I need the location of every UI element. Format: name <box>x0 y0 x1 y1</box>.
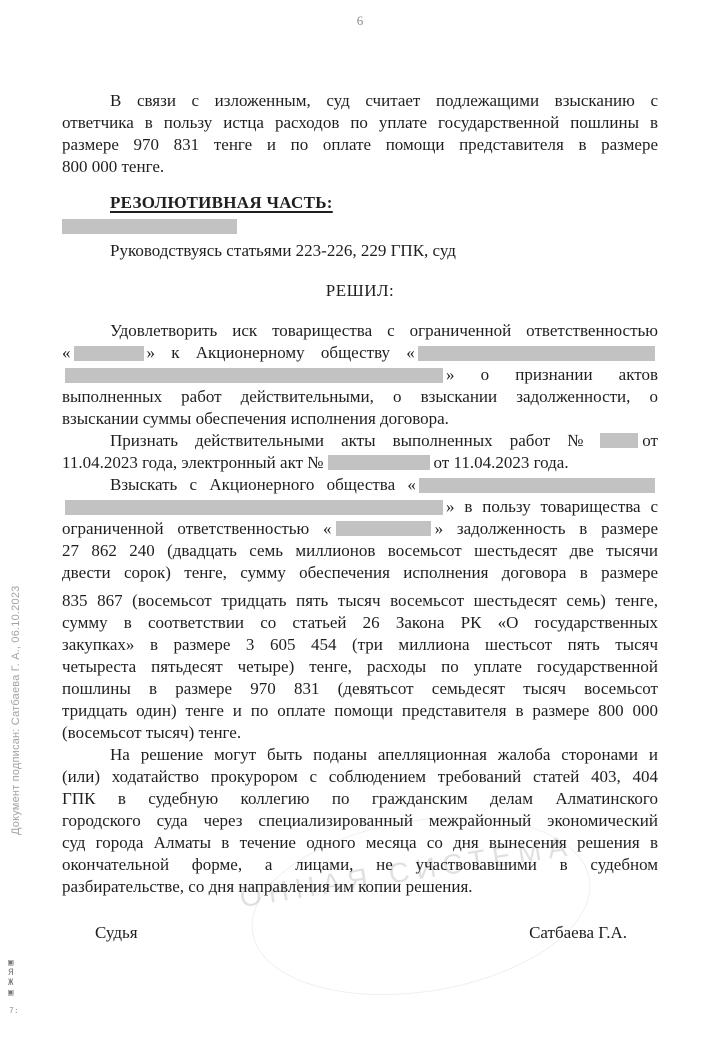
text-line: тридцать один) тенге и по оплате помощи … <box>62 700 658 722</box>
text-segment: Признать действительными акты выполненны… <box>110 431 596 450</box>
heading-reshil: РЕШИЛ: <box>62 280 658 302</box>
text-line: окончательной форме, а лицами, не участв… <box>62 854 658 876</box>
document-body: В связи с изложенным, суд считает подлеж… <box>62 90 658 944</box>
text-segment: 11.04.2023 года, электронный акт № <box>62 453 324 472</box>
corner-barcode-sub: 7: <box>9 1006 19 1015</box>
text-line: суд города Алматы в течение одного месяц… <box>62 832 658 854</box>
text-segment: от <box>642 431 658 450</box>
text-segment: Руководствуясь статьями 223-226, 229 ГПК… <box>110 241 456 260</box>
signature-name: Сатбаева Г.А. <box>529 922 627 944</box>
text-segment: четыреста пятьдесят четыре) тенге, расхо… <box>62 657 658 676</box>
redaction-bar <box>65 368 443 383</box>
page-number: 6 <box>0 13 720 29</box>
text-segment: 27 862 240 (двадцать семь миллионов восе… <box>62 541 658 560</box>
text-segment: разбирательстве, со дня направления им к… <box>62 877 473 896</box>
spacer <box>62 178 658 192</box>
text-segment: Взыскать с Акционерного общества « <box>110 474 416 496</box>
text-line: » в пользу товарищества с <box>62 496 658 518</box>
section-heading-resolutive: РЕЗОЛЮТИВНАЯ ЧАСТЬ: <box>62 192 658 214</box>
text-line: размере 970 831 тенге и по оплате помощи… <box>62 134 658 156</box>
text-segment: » к Акционерному обществу « <box>147 342 415 364</box>
text-segment: 800 000 тенге. <box>62 157 164 176</box>
text-segment: выполненных работ действительными, о взы… <box>62 387 658 406</box>
document-page: 6 ОННАЯ СИСТЕМА В связи с изложенным, су… <box>0 0 720 1040</box>
text-line: ограниченной ответственностью «» задолже… <box>62 518 658 540</box>
text-line: (восемьсот тысяч) тенге. <box>62 722 658 744</box>
text-segment: » в пользу товарищества с <box>446 496 658 518</box>
text-segment: ограниченной ответственностью « <box>62 519 332 538</box>
redaction-bar <box>418 346 655 361</box>
text-line: ГПК в судебную коллегию по гражданским д… <box>62 788 658 810</box>
redaction-bar <box>65 500 443 515</box>
spacer <box>62 302 658 320</box>
text-line: пошлины в размере 970 831 (девятьсот сем… <box>62 678 658 700</box>
text-line: «» к Акционерному обществу « <box>62 342 658 364</box>
text-segment: сумму в соответствии со статьей 26 Закон… <box>62 613 658 632</box>
text-segment: ГПК в судебную коллегию по гражданским д… <box>62 789 658 808</box>
text-line: двести сорок) тенге, сумму обеспечения и… <box>62 562 658 584</box>
text-segment: пошлины в размере 970 831 (девятьсот сем… <box>62 679 658 698</box>
digital-signature-note: Документ подписан: Сатбаева Г. А., 06.10… <box>10 586 22 835</box>
text-segment: (восемьсот тысяч) тенге. <box>62 723 241 742</box>
text-segment: тридцать один) тенге и по оплате помощи … <box>62 701 658 720</box>
text-segment: « <box>62 342 71 364</box>
text-line: ответчика в пользу истца расходов по упл… <box>62 112 658 134</box>
text-segment: » о признании актов <box>446 364 658 386</box>
text-line: 800 000 тенге. <box>62 156 658 178</box>
text-line: 11.04.2023 года, электронный акт №от 11.… <box>62 452 658 474</box>
text-line: Взыскать с Акционерного общества « <box>62 474 658 496</box>
text-segment: РЕШИЛ: <box>326 281 395 300</box>
text-line: В связи с изложенным, суд считает подлеж… <box>62 90 658 112</box>
text-segment: окончательной форме, а лицами, не участв… <box>62 855 658 874</box>
text-segment: РЕЗОЛЮТИВНАЯ ЧАСТЬ: <box>110 193 333 212</box>
corner-barcode: ▣ Я Ж ▣ <box>8 958 13 998</box>
text-segment: городского суда через специализированный… <box>62 811 658 830</box>
text-line: 835 867 (восемьсот тридцать пять тысяч в… <box>62 590 658 612</box>
text-line: взыскании суммы обеспечения исполнения д… <box>62 408 658 430</box>
redaction-bar <box>336 521 431 536</box>
text-line: четыреста пятьдесят четыре) тенге, расхо… <box>62 656 658 678</box>
signature-row: Судья Сатбаева Г.А. <box>62 922 658 944</box>
text-segment: размере 970 831 тенге и по оплате помощи… <box>62 135 658 154</box>
text-segment: 835 867 (восемьсот тридцать пять тысяч в… <box>62 591 658 610</box>
redaction-block <box>62 219 658 235</box>
redaction-bar <box>74 346 144 361</box>
spacer <box>62 262 658 280</box>
text-line: Руководствуясь статьями 223-226, 229 ГПК… <box>62 240 658 262</box>
text-segment: (или) ходатайство прокурором с соблюдени… <box>62 767 658 786</box>
redaction-bar <box>62 219 237 234</box>
spacer <box>62 898 658 922</box>
text-line: разбирательстве, со дня направления им к… <box>62 876 658 898</box>
text-line: На решение могут быть поданы апелляционн… <box>62 744 658 766</box>
text-segment: закупках» в размере 3 605 454 (три милли… <box>62 635 658 654</box>
text-segment: На решение могут быть поданы апелляционн… <box>110 745 658 764</box>
text-line: Удовлетворить иск товарищества с огранич… <box>62 320 658 342</box>
text-segment: от 11.04.2023 года. <box>434 453 569 472</box>
redaction-bar <box>328 455 430 470</box>
text-segment: Удовлетворить иск товарищества с огранич… <box>110 321 658 340</box>
text-line: » о признании актов <box>62 364 658 386</box>
text-line: сумму в соответствии со статьей 26 Закон… <box>62 612 658 634</box>
text-line: городского суда через специализированный… <box>62 810 658 832</box>
text-segment: » задолженность в размере <box>435 519 658 538</box>
text-segment: В связи с изложенным, суд считает подлеж… <box>110 91 658 110</box>
text-segment: двести сорок) тенге, сумму обеспечения и… <box>62 563 658 582</box>
text-line: (или) ходатайство прокурором с соблюдени… <box>62 766 658 788</box>
signature-role: Судья <box>95 922 138 944</box>
text-segment: суд города Алматы в течение одного месяц… <box>62 833 658 852</box>
redaction-bar <box>600 433 638 448</box>
text-line: выполненных работ действительными, о взы… <box>62 386 658 408</box>
text-line: Признать действительными акты выполненны… <box>62 430 658 452</box>
text-line: 27 862 240 (двадцать семь миллионов восе… <box>62 540 658 562</box>
text-segment: ответчика в пользу истца расходов по упл… <box>62 113 658 132</box>
redaction-bar <box>419 478 655 493</box>
text-segment: взыскании суммы обеспечения исполнения д… <box>62 409 449 428</box>
text-line: закупках» в размере 3 605 454 (три милли… <box>62 634 658 656</box>
